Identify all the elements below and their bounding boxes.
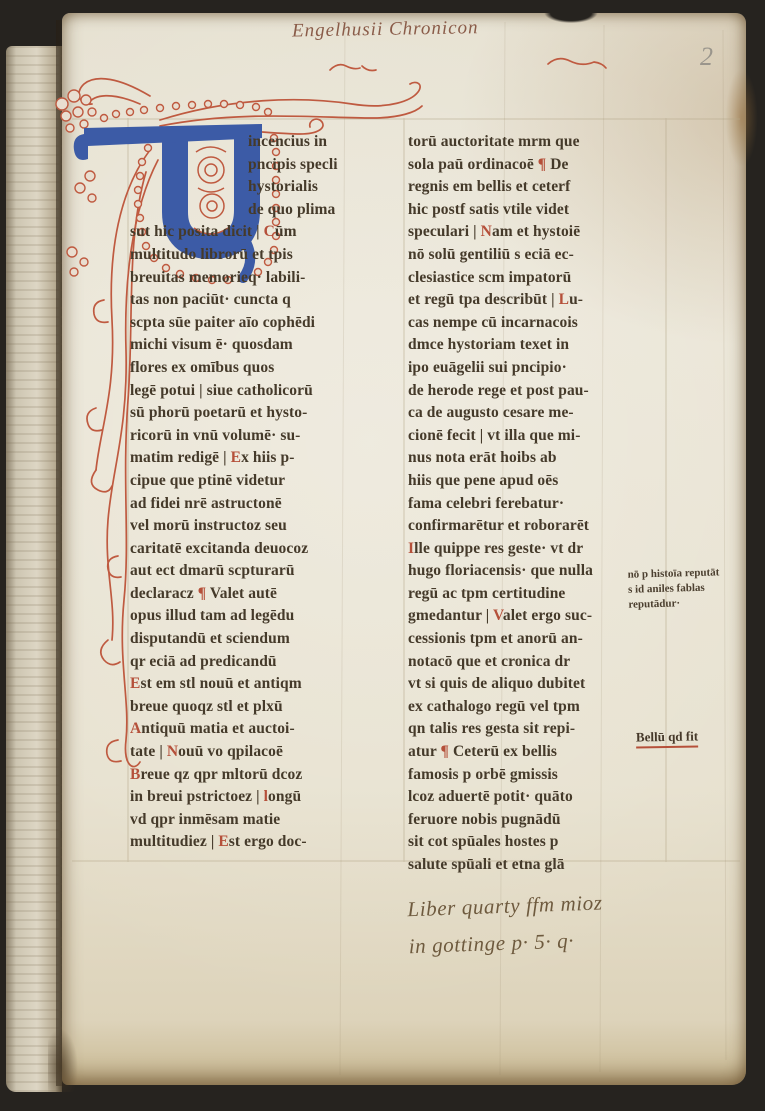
ink-text: alet ergo suc-	[503, 607, 592, 624]
text-line: torū auctoritate mrm que	[408, 131, 678, 154]
right-text-column: torū auctoritate mrm quesola paū ordinac…	[408, 131, 678, 877]
ink-text: famosis p orbē gmissis	[408, 766, 558, 783]
ink-text: atur	[408, 743, 441, 760]
text-line: ad fidei nrē astructonē	[130, 493, 410, 516]
text-line: matim redigē | Ex hiis p-	[130, 447, 410, 470]
ink-text: u-	[569, 291, 583, 308]
ink-text: confirmarētur et roborarēt	[408, 517, 589, 534]
ink-text: tas non paciūt· cuncta q	[130, 291, 291, 308]
ink-text: disputandū et sciendum	[130, 630, 290, 647]
text-line: et regū tpa describūt | Lu-	[408, 289, 678, 312]
text-line: sit cot spūales hostes p	[408, 831, 678, 854]
manuscript-photo: { "annotations": { "header": "Engelhusii…	[0, 0, 765, 1111]
ink-text: speculari |	[408, 223, 481, 240]
text-line: lcoz aduertē potit· quāto	[408, 786, 678, 809]
ink-text: clesiastice scm impatorū	[408, 269, 571, 286]
ink-text: hystorialis	[248, 178, 318, 195]
ink-text: regnis em bellis et ceterf	[408, 178, 570, 195]
text-line: Ille quippe res geste· vt dr	[408, 538, 678, 561]
text-line: multitudo librorū et tpis	[130, 244, 410, 267]
text-line: breuitas memorieq· labili-	[130, 267, 410, 290]
text-line: flores ex omībus quos	[130, 357, 410, 380]
ink-text: vd qpr inmēsam matie	[130, 811, 280, 828]
text-line: de quo plima	[130, 199, 410, 222]
ink-text: lle quippe res geste· vt dr	[414, 540, 583, 557]
ink-text: am et hystoiē	[492, 223, 580, 240]
ink-text: cionē fecit | vt illa que mi-	[408, 427, 580, 444]
folio-number: 2	[700, 42, 713, 72]
text-line: hiis que pene apud oēs	[408, 470, 678, 493]
rubric-text: N	[167, 743, 178, 760]
text-line: de herode rege et post pau-	[408, 380, 678, 403]
text-line: incencius in	[130, 131, 410, 154]
text-line: cionē fecit | vt illa que mi-	[408, 425, 678, 448]
text-line: hic postf satis vtile videt	[408, 199, 678, 222]
text-line: breue quoqz stl et plxū	[130, 696, 410, 719]
rubric-text: A	[130, 720, 141, 737]
ink-text: feruore nobis pugnādū	[408, 811, 561, 828]
ink-text: cas nempe cū incarnacois	[408, 314, 578, 331]
text-line: Antiquū matia et auctoi-	[130, 718, 410, 741]
ink-text: scpta sūe paiter aīo cophēdi	[130, 314, 315, 331]
ink-text: vt si quis de aliquo dubitet	[408, 675, 585, 692]
text-line: caritatē excitanda deuocoz	[130, 538, 410, 561]
text-line: opus illud tam ad legēdu	[130, 605, 410, 628]
book-fore-edge	[6, 46, 62, 1092]
text-line: declaracz ¶ Valet autē	[130, 583, 410, 606]
ink-text: notacō que et cronica dr	[408, 653, 570, 670]
ink-text: ntiquū matia et auctoi-	[141, 720, 294, 737]
text-line: aut ect dmarū scpturarū	[130, 560, 410, 583]
ink-text: sola paū ordinacoē	[408, 156, 538, 173]
rubric-text: L	[559, 291, 569, 308]
text-line: vt si quis de aliquo dubitet	[408, 673, 678, 696]
rubric-text: E	[231, 449, 241, 466]
text-line: cipue que ptinē videtur	[130, 470, 410, 493]
text-line: nus nota erāt hoibs ab	[408, 447, 678, 470]
rubric-text: E	[218, 833, 228, 850]
ink-text: st ergo doc-	[229, 833, 307, 850]
ink-text: in breui pstrictoez |	[130, 788, 264, 805]
text-line: dmce hystoriam texet in	[408, 334, 678, 357]
rubric-text: ¶	[441, 743, 449, 760]
ink-text: hic postf satis vtile videt	[408, 201, 569, 218]
ink-text: qr eciā ad predicandū	[130, 653, 277, 670]
ink-text: breue quoqz stl et plxū	[130, 698, 283, 715]
ink-text: salute spūali et etna glā	[408, 856, 565, 873]
text-line: pncipis specli	[130, 154, 410, 177]
ink-text: hugo floriacensis· que nulla	[408, 562, 593, 579]
ink-text: nus nota erāt hoibs ab	[408, 449, 557, 466]
text-line: notacō que et cronica dr	[408, 651, 678, 674]
ink-text: michi visum ē· quosdam	[130, 336, 293, 353]
text-line: multitudiez | Est ergo doc-	[130, 831, 410, 854]
rubric-text: V	[493, 607, 503, 624]
ink-text: sū phorū poetarū et hysto-	[130, 404, 307, 421]
ink-text: incencius in	[248, 133, 327, 150]
text-line: clesiastice scm impatorū	[408, 267, 678, 290]
text-line: hystorialis	[130, 176, 410, 199]
corner-wear	[48, 1008, 88, 1092]
text-line: in breui pstrictoez | longū	[130, 786, 410, 809]
text-line: tate | Nouū vo qpilacoē	[130, 741, 410, 764]
ink-text: lcoz aduertē potit· quāto	[408, 788, 573, 805]
text-line: qr eciā ad predicandū	[130, 651, 410, 674]
ink-text: et regū tpa describūt |	[408, 291, 559, 308]
text-line: tas non paciūt· cuncta q	[130, 289, 410, 312]
ink-text: x hiis p-	[241, 449, 294, 466]
text-line: nō solū gentiliū s eciā ec-	[408, 244, 678, 267]
text-line: salute spūali et etna glā	[408, 854, 678, 877]
ink-text: nō solū gentiliū s eciā ec-	[408, 246, 574, 263]
text-line: sola paū ordinacoē ¶ De	[408, 154, 678, 177]
rubric-text: E	[130, 675, 140, 692]
ink-text: matim redigē |	[130, 449, 231, 466]
ink-text: ongū	[268, 788, 301, 805]
ink-text: ricorū in vnū volumē· su-	[130, 427, 300, 444]
ink-text: ipo euāgelii sui pncipio·	[408, 359, 567, 376]
ink-text: hiis que pene apud oēs	[408, 472, 558, 489]
ink-text: vel morū instructoz seu	[130, 517, 287, 534]
left-text-column: incencius inpncipis speclihystorialisde …	[130, 131, 410, 854]
text-line: cessionis tpm et anorū an-	[408, 628, 678, 651]
ink-text: caritatē excitanda deuocoz	[130, 540, 308, 557]
ink-text: de herode rege et post pau-	[408, 382, 589, 399]
ink-text: ouū vo qpilacoē	[178, 743, 283, 760]
text-line: famosis p orbē gmissis	[408, 764, 678, 787]
text-line: cas nempe cū incarnacois	[408, 312, 678, 335]
ink-text: ca de augusto cesare me-	[408, 404, 574, 421]
text-line: Est em stl nouū et antiqm	[130, 673, 410, 696]
text-line: ipo euāgelii sui pncipio·	[408, 357, 678, 380]
rubric-text: B	[130, 766, 140, 783]
text-line: confirmarētur et roborarēt	[408, 515, 678, 538]
stain	[714, 48, 760, 188]
text-line: speculari | Nam et hystoiē	[408, 221, 678, 244]
ink-text: multitudiez |	[130, 833, 218, 850]
ink-text: torū auctoritate mrm que	[408, 133, 580, 150]
text-line: legē potui | siue catholicorū	[130, 380, 410, 403]
ink-text: gmedantur |	[408, 607, 493, 624]
text-line: scpta sūe paiter aīo cophēdi	[130, 312, 410, 335]
ink-text: cipue que ptinē videtur	[130, 472, 285, 489]
ink-text: pncipis specli	[248, 156, 338, 173]
ink-text: dmce hystoriam texet in	[408, 336, 569, 353]
ink-text: Valet autē	[206, 585, 277, 602]
ink-text: ex cathalogo regū vel tpm	[408, 698, 580, 715]
ink-text: opus illud tam ad legēdu	[130, 607, 294, 624]
margin-note-gloss: nō p histoīa reputāt s id aniles fablas …	[627, 564, 763, 613]
ink-text: de quo plima	[248, 201, 335, 218]
text-line: sū phorū poetarū et hysto-	[130, 402, 410, 425]
ink-text: tate |	[130, 743, 167, 760]
text-line: sut hic posita dicit | Cūm	[130, 221, 410, 244]
text-line: ricorū in vnū volumē· su-	[130, 425, 410, 448]
text-line: fama celebri ferebatur·	[408, 493, 678, 516]
ink-text: Ceterū ex bellis	[449, 743, 557, 760]
margin-note-bellum: Bellū qd fit	[636, 728, 698, 748]
ink-text: breuitas memorieq· labili-	[130, 269, 305, 286]
text-line: vd qpr inmēsam matie	[130, 809, 410, 832]
ex-libris-inscription: Liber quarty ffm mioz in gottinge p· 5· …	[407, 881, 709, 965]
ink-text: reue qz qpr mltorū dcoz	[140, 766, 302, 783]
ink-text: st em stl nouū et antiqm	[140, 675, 301, 692]
rubric-text: ¶	[198, 585, 206, 602]
ink-text: cessionis tpm et anorū an-	[408, 630, 583, 647]
text-line: ex cathalogo regū vel tpm	[408, 696, 678, 719]
text-line: Breue qz qpr mltorū dcoz	[130, 764, 410, 787]
rubric-text: N	[481, 223, 492, 240]
ink-text: fama celebri ferebatur·	[408, 495, 564, 512]
ink-text: flores ex omībus quos	[130, 359, 274, 376]
rubric-text: C	[264, 223, 275, 240]
text-line: disputandū et sciendum	[130, 628, 410, 651]
ink-text: sut hic posita dicit |	[130, 223, 264, 240]
ink-text: ad fidei nrē astructonē	[130, 495, 282, 512]
rubric-text: ¶	[538, 156, 550, 173]
text-line: vel morū instructoz seu	[130, 515, 410, 538]
ink-text: declaracz	[130, 585, 198, 602]
text-line: ca de augusto cesare me-	[408, 402, 678, 425]
ink-text: legē potui | siue catholicorū	[130, 382, 313, 399]
text-line: michi visum ē· quosdam	[130, 334, 410, 357]
ink-text: ūm	[275, 223, 297, 240]
ink-text: regū ac tpm certitudine	[408, 585, 565, 602]
ink-text: multitudo librorū et tpis	[130, 246, 293, 263]
text-line: feruore nobis pugnādū	[408, 809, 678, 832]
ink-text: sit cot spūales hostes p	[408, 833, 559, 850]
ink-text: qn talis res gesta sit repi-	[408, 720, 575, 737]
text-line: regnis em bellis et ceterf	[408, 176, 678, 199]
ink-text: De	[550, 156, 568, 173]
ink-text: aut ect dmarū scpturarū	[130, 562, 295, 579]
